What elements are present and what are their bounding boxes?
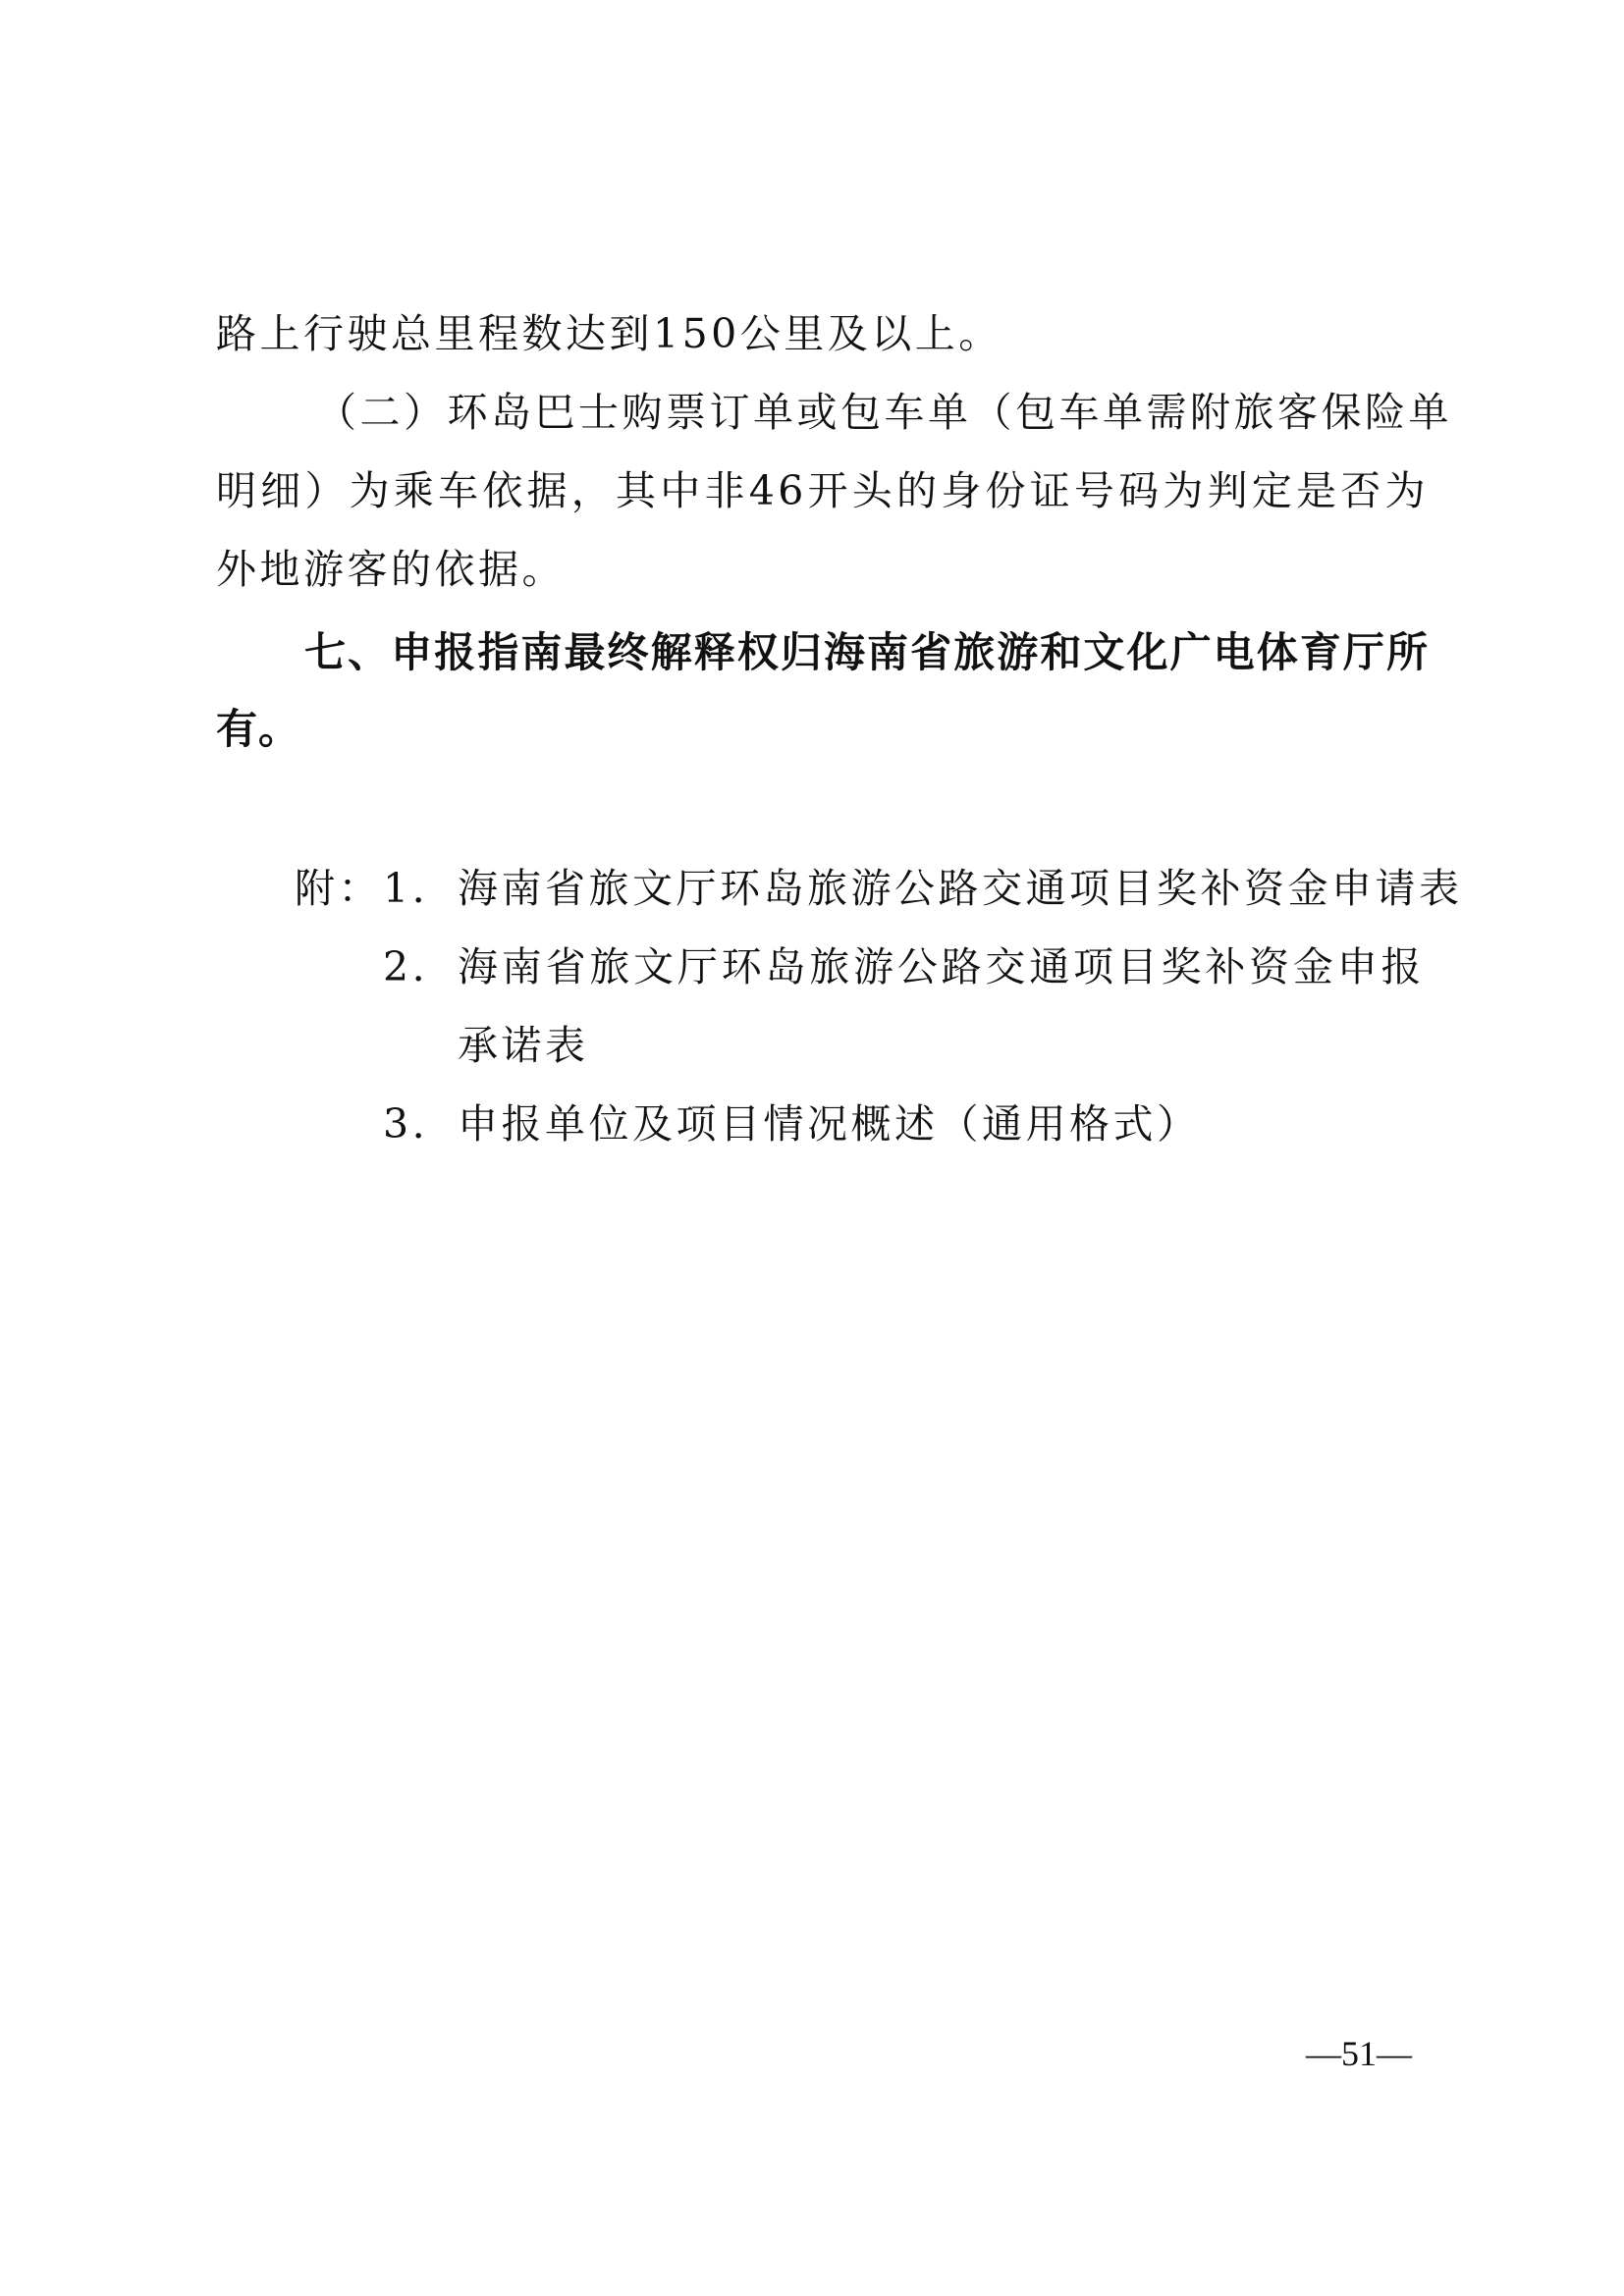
attachments-label: 附：: [295, 864, 382, 913]
attachment-3-title: 申报单位及项目情况概述（通用格式）: [458, 1099, 1201, 1148]
attachment-1-title: 海南省旅文厅环岛旅游公路交通项目奖补资金申请表: [458, 864, 1430, 913]
document-page: 路上行驶总里程数达到150公里及以上。 （二）环岛巴士购票订单或包车单（包车单需…: [0, 0, 1624, 2296]
item-two-line-2: 明细）为乘车依据，其中非46开头的身份证号码为判定是否为: [216, 466, 1429, 515]
item-two-line-1: （二）环岛巴士购票订单或包车单（包车单需附旅客保险单: [316, 388, 1429, 437]
attachment-2-number: 2.: [383, 942, 428, 991]
section-seven-heading-line-1: 七、申报指南最终解释权归海南省旅游和文化广电体育厅所: [304, 628, 1429, 677]
attachment-2-title-line-1: 海南省旅文厅环岛旅游公路交通项目奖补资金申报: [458, 942, 1425, 991]
paragraph-continuation: 路上行驶总里程数达到150公里及以上。: [216, 309, 1002, 358]
attachment-2-title-line-2: 承诺表: [458, 1021, 589, 1070]
attachment-1-number: 1.: [383, 864, 428, 913]
attachment-3-number: 3.: [383, 1099, 428, 1148]
page-number: —51—: [1306, 2034, 1412, 2073]
item-two-line-3: 外地游客的依据。: [216, 545, 566, 594]
section-seven-heading-line-2: 有。: [216, 705, 300, 754]
